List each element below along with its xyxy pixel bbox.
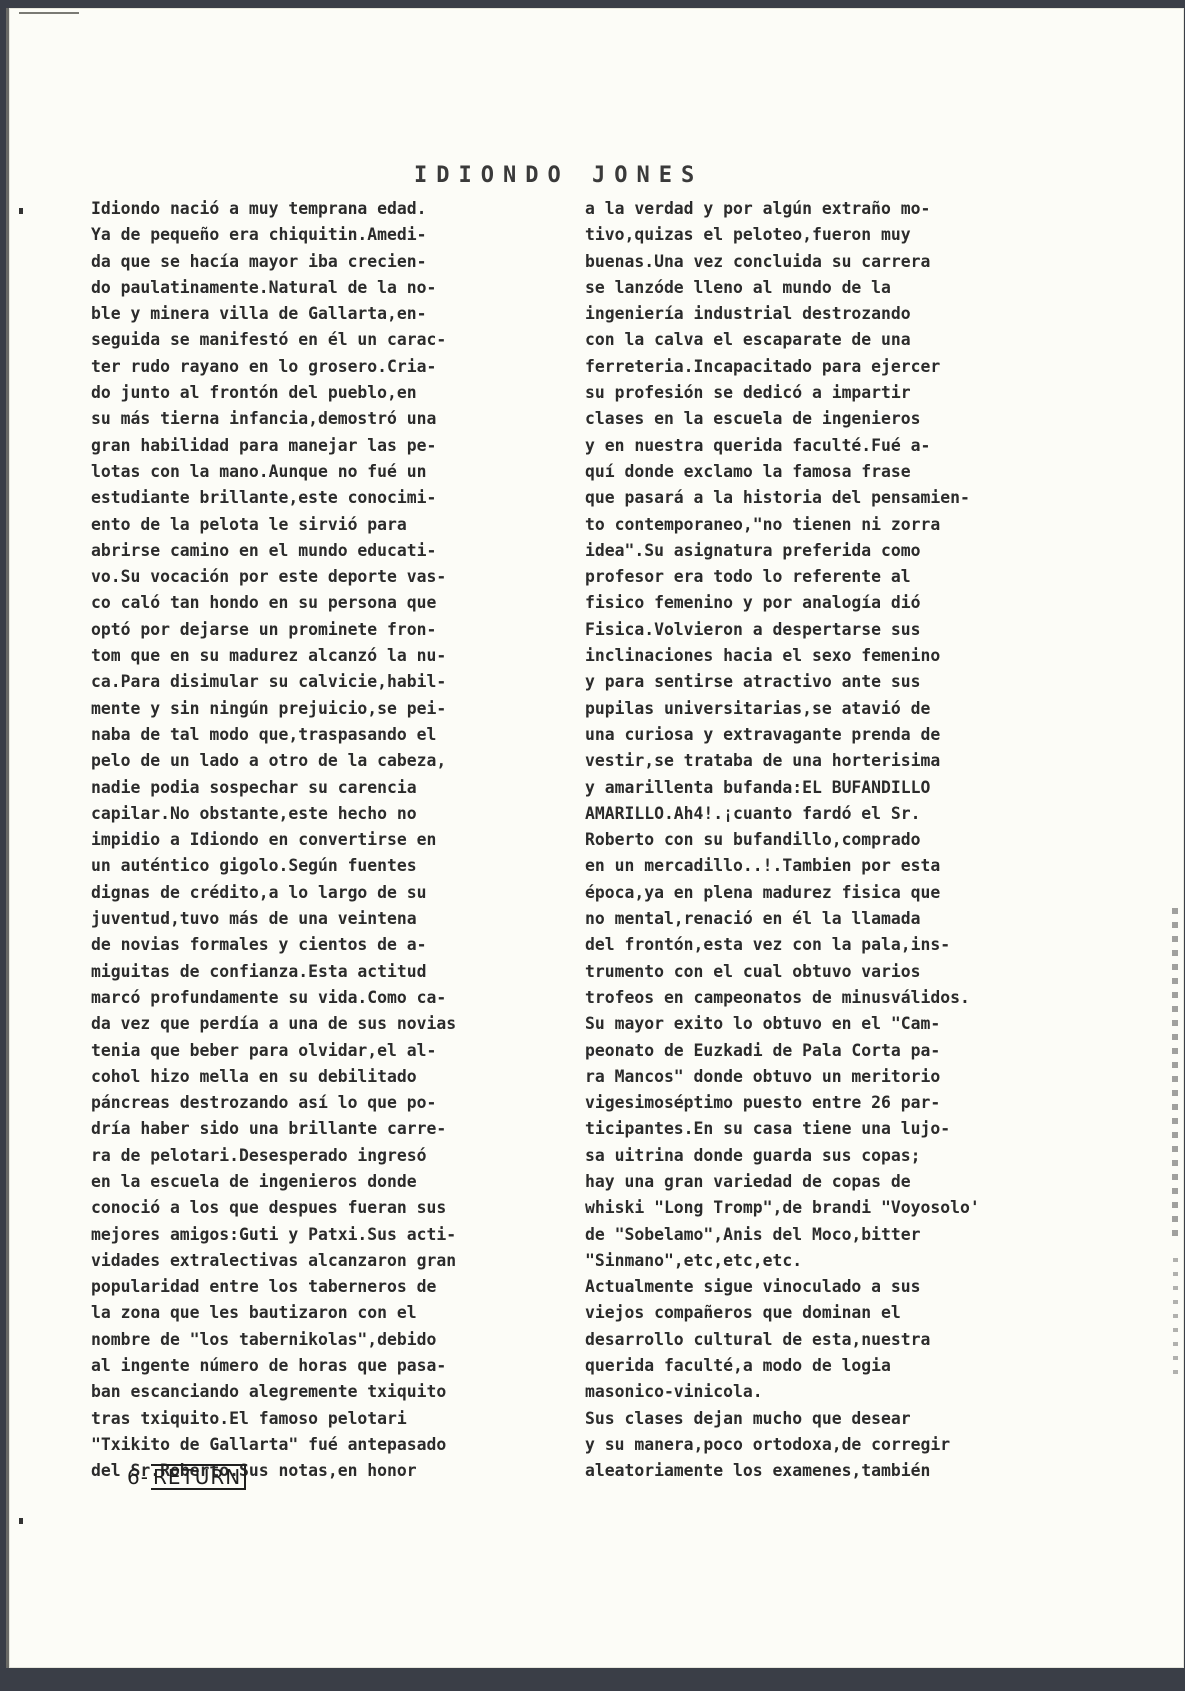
- text-line: Actualmente sigue vinoculado a sus: [585, 1274, 980, 1300]
- text-line: nombre de "los tabernikolas",debido: [91, 1327, 456, 1353]
- text-line: impidio a Idiondo en convertirse en: [91, 827, 456, 853]
- text-line: "Sinmano",etc,etc,etc.: [585, 1248, 980, 1274]
- text-line: Fisica.Volvieron a despertarse sus: [585, 617, 980, 643]
- text-line: ingeniería industrial destrozando: [585, 301, 980, 327]
- text-line: to contemporaneo,"no tienen ni zorra: [585, 512, 980, 538]
- text-line: ticipantes.En su casa tiene una lujo-: [585, 1116, 980, 1142]
- text-line: de "Sobelamo",Anis del Moco,bitter: [585, 1222, 980, 1248]
- text-line: marcó profundamente su vida.Como ca-: [91, 985, 456, 1011]
- text-line: mejores amigos:Guti y Patxi.Sus acti-: [91, 1222, 456, 1248]
- text-line: ra de pelotari.Desesperado ingresó: [91, 1143, 456, 1169]
- text-line: Sus clases dejan mucho que desear: [585, 1406, 980, 1432]
- text-line: de novias formales y cientos de a-: [91, 932, 456, 958]
- text-line: optó por dejarse un prominete fron-: [91, 617, 456, 643]
- text-line: clases en la escuela de ingenieros: [585, 406, 980, 432]
- page-number: 6-: [127, 1465, 149, 1489]
- text-line: época,ya en plena madurez fisica que: [585, 880, 980, 906]
- text-line: quí donde exclamo la famosa frase: [585, 459, 980, 485]
- text-line: do junto al frontón del pueblo,en: [91, 380, 456, 406]
- text-line: ra Mancos" donde obtuvo un meritorio: [585, 1064, 980, 1090]
- text-line: fisico femenino y por analogía dió: [585, 590, 980, 616]
- text-line: en un mercadillo..!.Tambien por esta: [585, 853, 980, 879]
- text-line: ban escanciando alegremente txiquito: [91, 1379, 456, 1405]
- text-line: vidades extralectivas alcanzaron gran: [91, 1248, 456, 1274]
- text-line: al ingente número de horas que pasa-: [91, 1353, 456, 1379]
- text-line: Roberto con su bufandillo,comprado: [585, 827, 980, 853]
- text-line: dría haber sido una brillante carre-: [91, 1116, 456, 1142]
- text-line: Idiondo nació a muy temprana edad.: [91, 196, 456, 222]
- text-line: no mental,renació en él la llamada: [585, 906, 980, 932]
- text-line: vo.Su vocación por este deporte vas-: [91, 564, 456, 590]
- text-line: ento de la pelota le sirvió para: [91, 512, 456, 538]
- text-line: sa uitrina donde guarda sus copas;: [585, 1143, 980, 1169]
- bleed-through-marks: [1172, 908, 1178, 1238]
- text-line: abrirse camino en el mundo educati-: [91, 538, 456, 564]
- text-line: a la verdad y por algún extraño mo-: [585, 196, 980, 222]
- text-line: mente y sin ningún prejuicio,se pei-: [91, 696, 456, 722]
- text-line: capilar.No obstante,este hecho no: [91, 801, 456, 827]
- binding-mark: [19, 1518, 23, 1524]
- text-line: con la calva el escaparate de una: [585, 327, 980, 353]
- text-line: tras txiquito.El famoso pelotari: [91, 1406, 456, 1432]
- page-top-rule: [19, 12, 79, 14]
- text-line: pelo de un lado a otro de la cabeza,: [91, 748, 456, 774]
- text-line: querida faculté,a modo de logia: [585, 1353, 980, 1379]
- text-line: se lanzóde lleno al mundo de la: [585, 275, 980, 301]
- text-line: ferreteria.Incapacitado para ejercer: [585, 354, 980, 380]
- text-line: desarrollo cultural de esta,nuestra: [585, 1327, 980, 1353]
- text-line: whiski "Long Tromp",de brandi "Voyosolo': [585, 1195, 980, 1221]
- text-line: y para sentirse atractivo ante sus: [585, 669, 980, 695]
- text-line: juventud,tuvo más de una veintena: [91, 906, 456, 932]
- text-line: miguitas de confianza.Esta actitud: [91, 959, 456, 985]
- text-line: tenia que beber para olvidar,el al-: [91, 1038, 456, 1064]
- text-line: idea".Su asignatura preferida como: [585, 538, 980, 564]
- text-line: tivo,quizas el peloteo,fueron muy: [585, 222, 980, 248]
- text-line: que pasará a la historia del pensamien-: [585, 485, 980, 511]
- text-line: trumento con el cual obtuvo varios: [585, 959, 980, 985]
- text-line: ble y minera villa de Gallarta,en-: [91, 301, 456, 327]
- text-line: tom que en su madurez alcanzó la nu-: [91, 643, 456, 669]
- text-line: ca.Para disimular su calvicie,habil-: [91, 669, 456, 695]
- text-line: la zona que les bautizaron con el: [91, 1300, 456, 1326]
- text-line: "Txikito de Gallarta" fué antepasado: [91, 1432, 456, 1458]
- text-line: do paulatinamente.Natural de la no-: [91, 275, 456, 301]
- text-line: páncreas destrozando así lo que po-: [91, 1090, 456, 1116]
- text-line: AMARILLO.Ah4!.¡cuanto fardó el Sr.: [585, 801, 980, 827]
- text-line: da vez que perdía a una de sus novias: [91, 1011, 456, 1037]
- text-line: masonico-vinicola.: [585, 1379, 980, 1405]
- text-line: nadie podia sospechar su carencia: [91, 775, 456, 801]
- text-line: lotas con la mano.Aunque no fué un: [91, 459, 456, 485]
- text-line: hay una gran variedad de copas de: [585, 1169, 980, 1195]
- text-line: y su manera,poco ortodoxa,de corregir: [585, 1432, 980, 1458]
- text-line: su profesión se dedicó a impartir: [585, 380, 980, 406]
- text-line: Ya de pequeño era chiquitin.Amedi-: [91, 222, 456, 248]
- text-line: naba de tal modo que,traspasando el: [91, 722, 456, 748]
- text-line: un auténtico gigolo.Según fuentes: [91, 853, 456, 879]
- text-line: co caló tan hondo en su persona que: [91, 590, 456, 616]
- text-line: vigesimoséptimo puesto entre 26 par-: [585, 1090, 980, 1116]
- text-line: trofeos en campeonatos de minusválidos.: [585, 985, 980, 1011]
- left-column-text: Idiondo nació a muy temprana edad.Ya de …: [91, 196, 456, 1485]
- text-line: dignas de crédito,a lo largo de su: [91, 880, 456, 906]
- text-line: ter rudo rayano en lo grosero.Cria-: [91, 354, 456, 380]
- text-line: seguida se manifestó en él un carac-: [91, 327, 456, 353]
- right-column-text: a la verdad y por algún extraño mo-tivo,…: [585, 196, 980, 1485]
- text-line: su más tierna infancia,demostró una: [91, 406, 456, 432]
- text-line: estudiante brillante,este conocimi-: [91, 485, 456, 511]
- scanned-page: IDIONDO JONES Idiondo nació a muy tempra…: [6, 8, 1184, 1668]
- page-footer-mark: 6-RETURN: [127, 1464, 246, 1490]
- text-line: peonato de Euzkadi de Pala Corta pa-: [585, 1038, 980, 1064]
- text-line: una curiosa y extravagante prenda de: [585, 722, 980, 748]
- text-line: y amarillenta bufanda:EL BUFANDILLO: [585, 775, 980, 801]
- text-line: aleatoriamente los examenes,también: [585, 1458, 980, 1484]
- binding-mark: [19, 208, 23, 214]
- text-line: da que se hacía mayor iba crecien-: [91, 249, 456, 275]
- text-line: viejos compañeros que dominan el: [585, 1300, 980, 1326]
- text-line: popularidad entre los taberneros de: [91, 1274, 456, 1300]
- text-line: y en nuestra querida faculté.Fué a-: [585, 433, 980, 459]
- text-line: inclinaciones hacia el sexo femenino: [585, 643, 980, 669]
- bleed-through-marks: [1173, 1258, 1178, 1378]
- text-line: gran habilidad para manejar las pe-: [91, 433, 456, 459]
- text-line: pupilas universitarias,se atavió de: [585, 696, 980, 722]
- article-title: IDIONDO JONES: [414, 163, 703, 188]
- text-line: buenas.Una vez concluida su carrera: [585, 249, 980, 275]
- text-line: conoció a los que despues fueran sus: [91, 1195, 456, 1221]
- text-line: vestir,se trataba de una horterisima: [585, 748, 980, 774]
- publication-name: RETURN: [151, 1464, 246, 1490]
- text-line: Su mayor exito lo obtuvo en el "Cam-: [585, 1011, 980, 1037]
- text-line: cohol hizo mella en su debilitado: [91, 1064, 456, 1090]
- text-line: del frontón,esta vez con la pala,ins-: [585, 932, 980, 958]
- text-line: en la escuela de ingenieros donde: [91, 1169, 456, 1195]
- text-line: profesor era todo lo referente al: [585, 564, 980, 590]
